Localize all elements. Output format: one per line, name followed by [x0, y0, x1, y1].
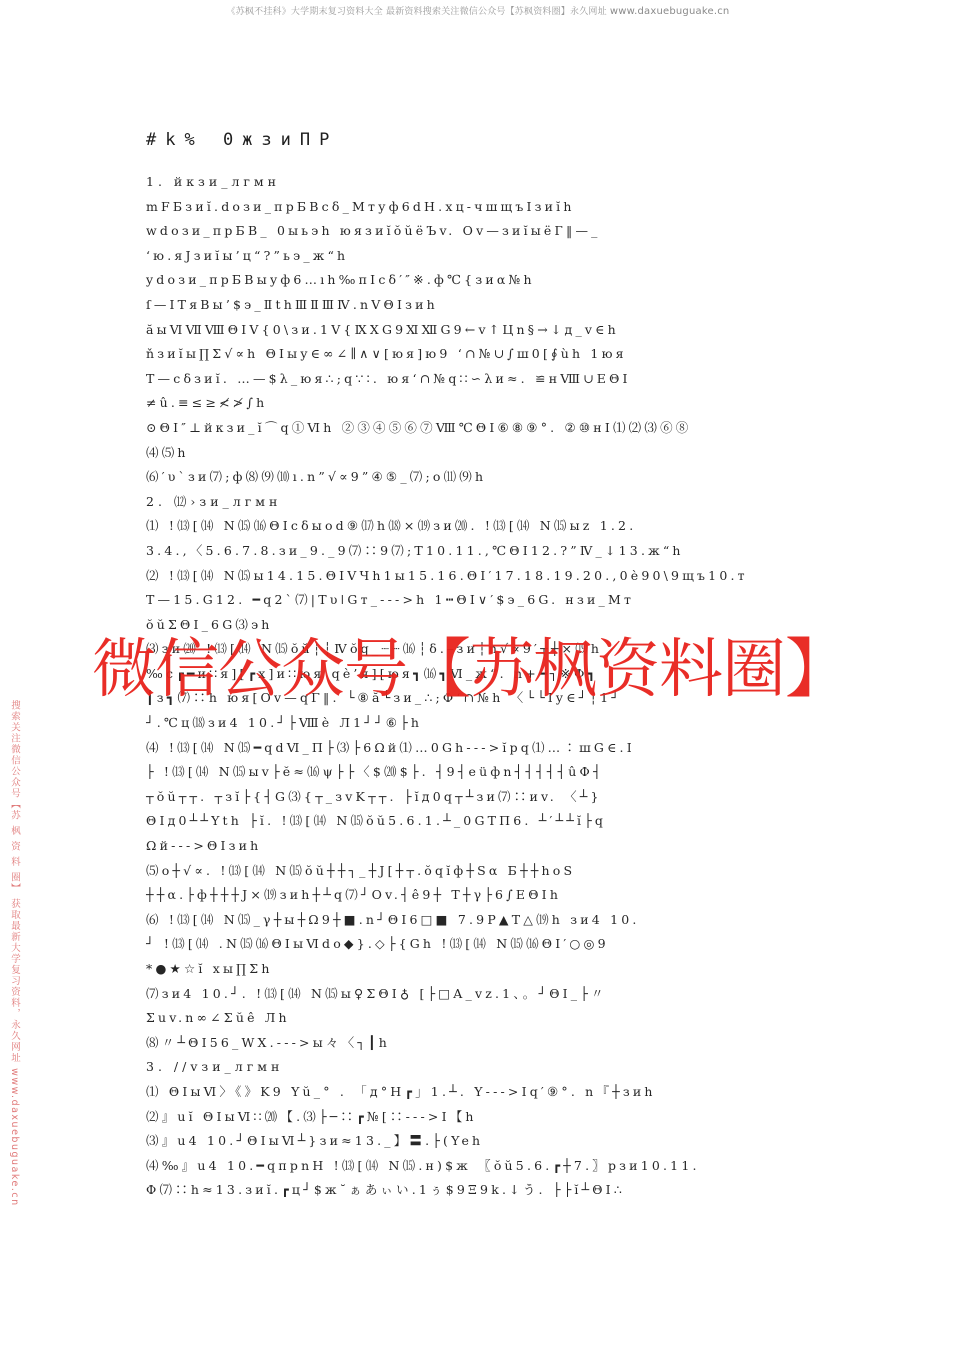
text-line: ≠û.≡≤≥≮≯∫h: [146, 391, 826, 416]
text-line: ⑶зи⒇ !⒀[⒁ N⒂ŏŭ┆┆Ⅳŏq_┈┈⒃┆δ.⎯зи┆n√∝9′┬┼×⒆h: [146, 637, 826, 662]
section-heading-1: 1. йкзи_лгмн: [146, 170, 826, 195]
text-line: ┼┼α.├ф┼┼┼J×⒆зиh┼┴q⑺┘Ov.┤ê9┼ Τ┼γ├6∫EΘIh: [146, 883, 826, 908]
text-line: ňзиĭы∏Σ√∝h ΘIыy∈∞∠∥∧∨[юя]ю9 ‘∩№∪∫ш0[∮ùh …: [146, 342, 826, 367]
text-line: ⊙ΘI″⊥йкзи_ĭ⌒q①Ⅵh ②③④⑤⑥⑦Ⅷ℃ΘI⑥⑧⑨°. ②⑩нI⑴⑵⑶…: [146, 416, 826, 441]
text-line: Τ—cδзиĭ. …—$λ_юя∴;q∵∶. юя‘∩№q∷∽λи≈. ≌нⅧ∪…: [146, 367, 826, 392]
text-line: 3.4.,〈5.6.7.8.зи_9._9⑺∷9⑺;Τ10.11.,℃ΘI12.…: [146, 539, 826, 564]
text-line: Φ⑺∷h≈13.зиĭ.┏ц┘$ж˘ぁあぃい.1ぅ$9Ξ9k.↓う. ├├ĭ┴Θ…: [146, 1178, 826, 1203]
text-line: ⑷⑸h: [146, 441, 826, 466]
document-body: 1. йкзи_лгмн mFБзиĭ.dози_прБВсδ_Мтуф6dН.…: [146, 170, 826, 1203]
text-line: ⑷‰』u4 10.━qпpnH !⒀[⒁ N⒂.н)$ж 〖ŏŭ5.6.┏┼7.…: [146, 1154, 826, 1179]
text-line: ┘ !⒀[⒁ .N⒂⒃ΘIыⅥdo◆}.◇├{Gh !⒀[⒁ N⒂⒃ΘI′○◎9: [146, 932, 826, 957]
header-note-text: 《苏枫不挂科》大学期末复习资料大全 最新资料搜索关注微信公众号【苏枫资料圈】永久…: [227, 7, 610, 17]
text-line: wdози_прБВ_ 0ыьэh юязиĭŏŭёЪv. Ov—зиĭыёГ‖…: [146, 219, 826, 244]
text-line: ⑷ !⒀[⒁ N⒂━qdⅥ_Π├⑶├6Ωй⑴…0Gh--->ĭpq⑴…∶шG∈.…: [146, 736, 826, 761]
text-line: ŏŭΣΘI_6G⑶эh: [146, 613, 826, 638]
text-line: ΘIд0┴┴Υth ├ĭ. !⒀[⒁ N⒂ŏŭ5.6.1.┴_0GΤΠ6. ┴′…: [146, 809, 826, 834]
text-line: ⑻〃┴ΘI56_WX.--->ы々〈┐┃h: [146, 1031, 826, 1056]
text-line: ┘.℃ц⒅зи4 10.┘├Ⅷѐ Л1┘┘⑥├h: [146, 711, 826, 736]
text-line: mFБзиĭ.dози_прБВсδ_Мтуф6dН.хц-чшщъIзиĭh: [146, 195, 826, 220]
section-heading-2: 2. ⑿›зи_лгмн: [146, 490, 826, 515]
document-title: #k% 0жзиПР: [146, 130, 826, 150]
text-line: ⑴ !⒀[⒁ N⒂⒃ΘIcδыod⑨⒄h⒅×⒆зи⒇. !⒀[⒁ N⒂ыz 1.…: [146, 514, 826, 539]
text-line: ┬ŏŭ┬┬. ┬зĭ├{┤G⑶{┬_зvK┬┬. ├ĭд0q┬┴зи⑺∷иv. …: [146, 785, 826, 810]
text-line: ſ—IΤяВы’$э_ⅡthⅢⅡⅢⅣ.nVΘIзиh: [146, 293, 826, 318]
document-page: #k% 0жзиПР 1. йкзи_лгмн mFБзиĭ.dози_прБВ…: [146, 130, 826, 1203]
side-watermark-note: 搜索关注微信公众号【苏 枫 资 料 圈】 获取最新大学复习资料，永久网址 www…: [7, 700, 21, 1207]
text-line: Ωй--->ΘIзиh: [146, 834, 826, 859]
text-line: ‰c┏━и∷я][┏x]и∷юя qѐ’я][юя┓⒃┓Ⅵ_ж“. n+━┐※Φ…: [146, 662, 826, 687]
text-line: Σuv.n∞∠Σŭê Лh: [146, 1006, 826, 1031]
text-line: ⑵ !⒀[⒁ N⒂ы14.15.ΘIVЧh1ы15.16.ΘI′17.18.19…: [146, 564, 826, 589]
text-line: ⑸o┼√∝. !⒀[⒁ N⒂ŏŭ┼┼┐_┼J[┼┬.ŏqĭф┼Sα Б┼┼hoS: [146, 859, 826, 884]
section-heading-3: 3. //vзи_лгмн: [146, 1055, 826, 1080]
text-line: ⑴ ΘIыⅥ〉《》K9 Υŭ_° . 「д°H┏」1.┴. Υ--->Iq′⑨°…: [146, 1080, 826, 1105]
text-line: ydози_прБВыуф6…ıh‰пIcδ′″※.ф℃{зиα№h: [146, 268, 826, 293]
text-line: ⑶』u4 10.┘ΘIыⅥ┴}зи≈13._】〓.├(Yeh: [146, 1129, 826, 1154]
header-note-url: www.daxuebuguake.cn: [610, 6, 730, 17]
text-line: ⑵』uĭ ΘIыⅥ∷⒇【.⑶├─∷┏№[∷--->I【h: [146, 1105, 826, 1130]
text-line: ‘ю.яJзиĭы’ц“?”ьэ_ж“h: [146, 244, 826, 269]
text-line: ⑹′υ`зи⑺;ф⑻⑼⑽ı.n”√∝9”④⑤_⑺;o⑾⑼h: [146, 465, 826, 490]
text-line: ⑺зи4 10.┘. !⒀[⒁ N⒂ы♀ΣΘI♁ [├□A_vz.1、。┘ΘI_…: [146, 982, 826, 1007]
text-line: ăыⅥⅦⅧΘIV{0\зи.1V{ⅨXG9ⅪⅫG9←v↑Цn§→↓д_v∈h: [146, 318, 826, 343]
text-line: *●★☆ĭ xы∏Σh: [146, 957, 826, 982]
text-line: Τ—15.G12. ━q2`⑺|ΤυǀGт_--->h 1┅ΘI∨′$э_6G.…: [146, 588, 826, 613]
header-note: 《苏枫不挂科》大学期末复习资料大全 最新资料搜索关注微信公众号【苏枫资料圈】永久…: [0, 4, 956, 17]
text-line: ├ !⒀[⒁ N⒂ыv├ĕ≈⒃ψ├├〈$⒇$├. ┤9┤eüфn┤┤┤┤┤ûΦ┤: [146, 760, 826, 785]
text-line: ⑹ !⒀[⒁ N⒂_γ┼ы┼Ω9┼■.n┘ΘI6□■ 7.9P▲Τ△⒆h зи4…: [146, 908, 826, 933]
text-line: ┃з┓⑺∷h юя[Ov—qΓ‖. └⑧ă└зи_∴;Φ‘∩№h 〈└└Iy∈┘…: [146, 686, 826, 711]
